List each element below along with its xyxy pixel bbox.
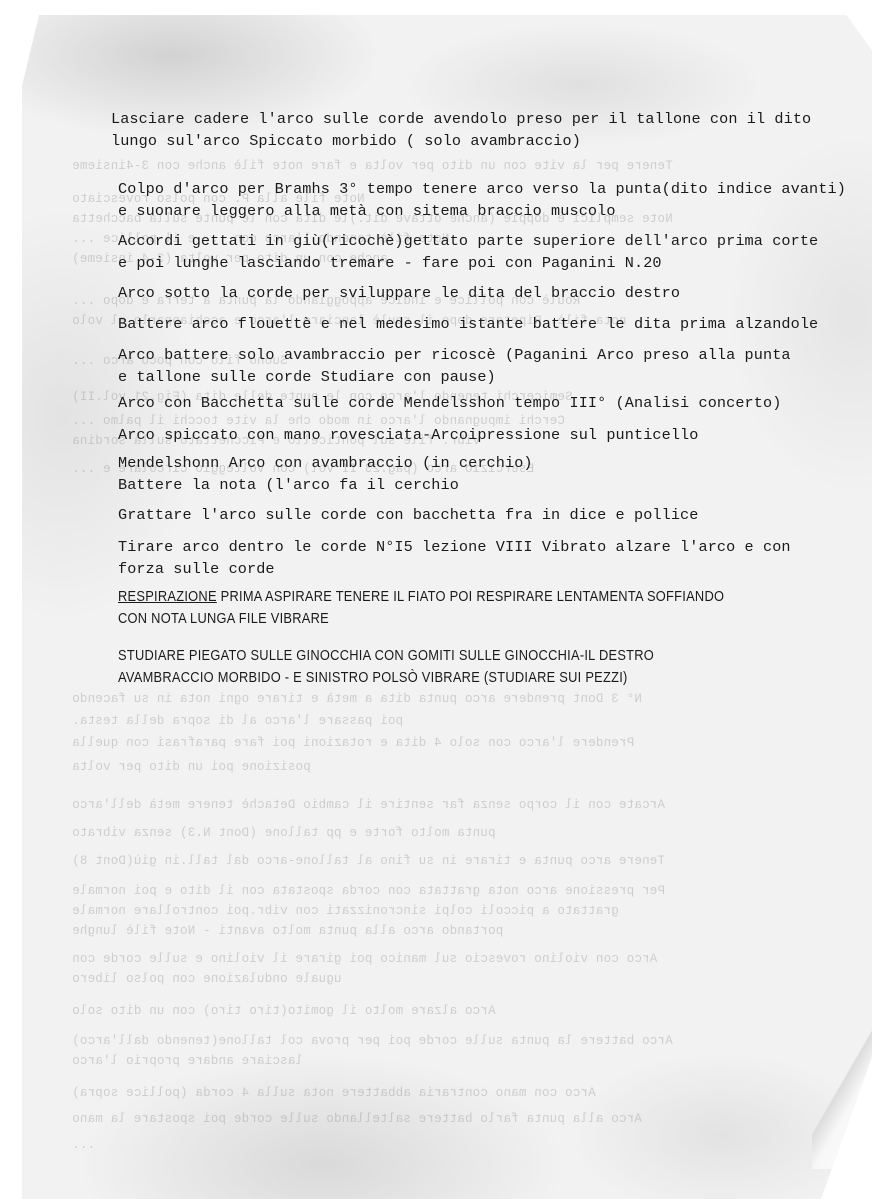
paragraph-9: Mendelshonn Arco con avambraccio (in cer…	[118, 452, 533, 496]
text-line: e suonare leggero alla metà con sitema b…	[118, 200, 846, 222]
paragraph-6: Arco battere solo avambraccio per ricosc…	[118, 344, 791, 388]
paragraph-11: Tirare arco dentro le corde N°I5 lezione…	[118, 536, 791, 580]
text-line: RESPIRAZIONE PRIMA ASPIRARE TENERE IL FI…	[118, 586, 724, 608]
text-line: Battere arco flouettè e nel medesimo ist…	[118, 313, 818, 335]
text-line: lungo sul'arco Spiccato morbido ( solo a…	[111, 130, 811, 152]
paragraph-5: Battere arco flouettè e nel medesimo ist…	[118, 313, 818, 335]
paragraph-12: RESPIRAZIONE PRIMA ASPIRARE TENERE IL FI…	[118, 586, 724, 630]
paragraph-13: STUDIARE PIEGATO SULLE GINOCCHIA CON GOM…	[118, 645, 654, 689]
text-line: Arco battere solo avambraccio per ricosc…	[118, 344, 791, 366]
text-line: Arco spiccato con mano rovesciata-Arcoip…	[118, 424, 698, 446]
text-line: Arco sotto la corde per sviluppare le di…	[118, 282, 680, 304]
underlined-heading: RESPIRAZIONE	[118, 589, 217, 605]
text-line: Accordi gettati in giù(ricochè)gettato p…	[118, 230, 818, 252]
text-line: STUDIARE PIEGATO SULLE GINOCCHIA CON GOM…	[118, 645, 654, 667]
text-line: CON NOTA LUNGA FILE VIBRARE	[118, 608, 724, 630]
text-line: Colpo d'arco per Bramhs 3° tempo tenere …	[118, 178, 846, 200]
front-typed-text: Lasciare cadere l'arco sulle corde avend…	[0, 0, 872, 1199]
text-line: Grattare l'arco sulle corde con bacchett…	[118, 504, 698, 526]
text-line: forza sulle corde	[118, 558, 791, 580]
text-line: Battere la nota (l'arco fa il cerchio	[118, 474, 533, 496]
text-line: Lasciare cadere l'arco sulle corde avend…	[111, 108, 811, 130]
paragraph-2: Colpo d'arco per Bramhs 3° tempo tenere …	[118, 178, 846, 222]
text-line: e poi lunghe lasciando tremare - fare po…	[118, 252, 818, 274]
text-line: e tallone sulle corde Studiare con pause…	[118, 366, 791, 388]
paragraph-8: Arco spiccato con mano rovesciata-Arcoip…	[118, 424, 698, 446]
text-line: Arco con Bacchetta sulle corde Mendelssh…	[118, 392, 781, 414]
paragraph-1: Lasciare cadere l'arco sulle corde avend…	[111, 108, 811, 152]
text-line: AVAMBRACCIO MORBIDO - E SINISTRO POLSÒ V…	[118, 667, 654, 689]
text-line: Tirare arco dentro le corde N°I5 lezione…	[118, 536, 791, 558]
paragraph-7: Arco con Bacchetta sulle corde Mendelssh…	[118, 392, 781, 414]
paragraph-3: Accordi gettati in giù(ricochè)gettato p…	[118, 230, 818, 274]
paragraph-10: Grattare l'arco sulle corde con bacchett…	[118, 504, 698, 526]
paragraph-4: Arco sotto la corde per sviluppare le di…	[118, 282, 680, 304]
text-line: Mendelshonn Arco con avambraccio (in cer…	[118, 452, 533, 474]
